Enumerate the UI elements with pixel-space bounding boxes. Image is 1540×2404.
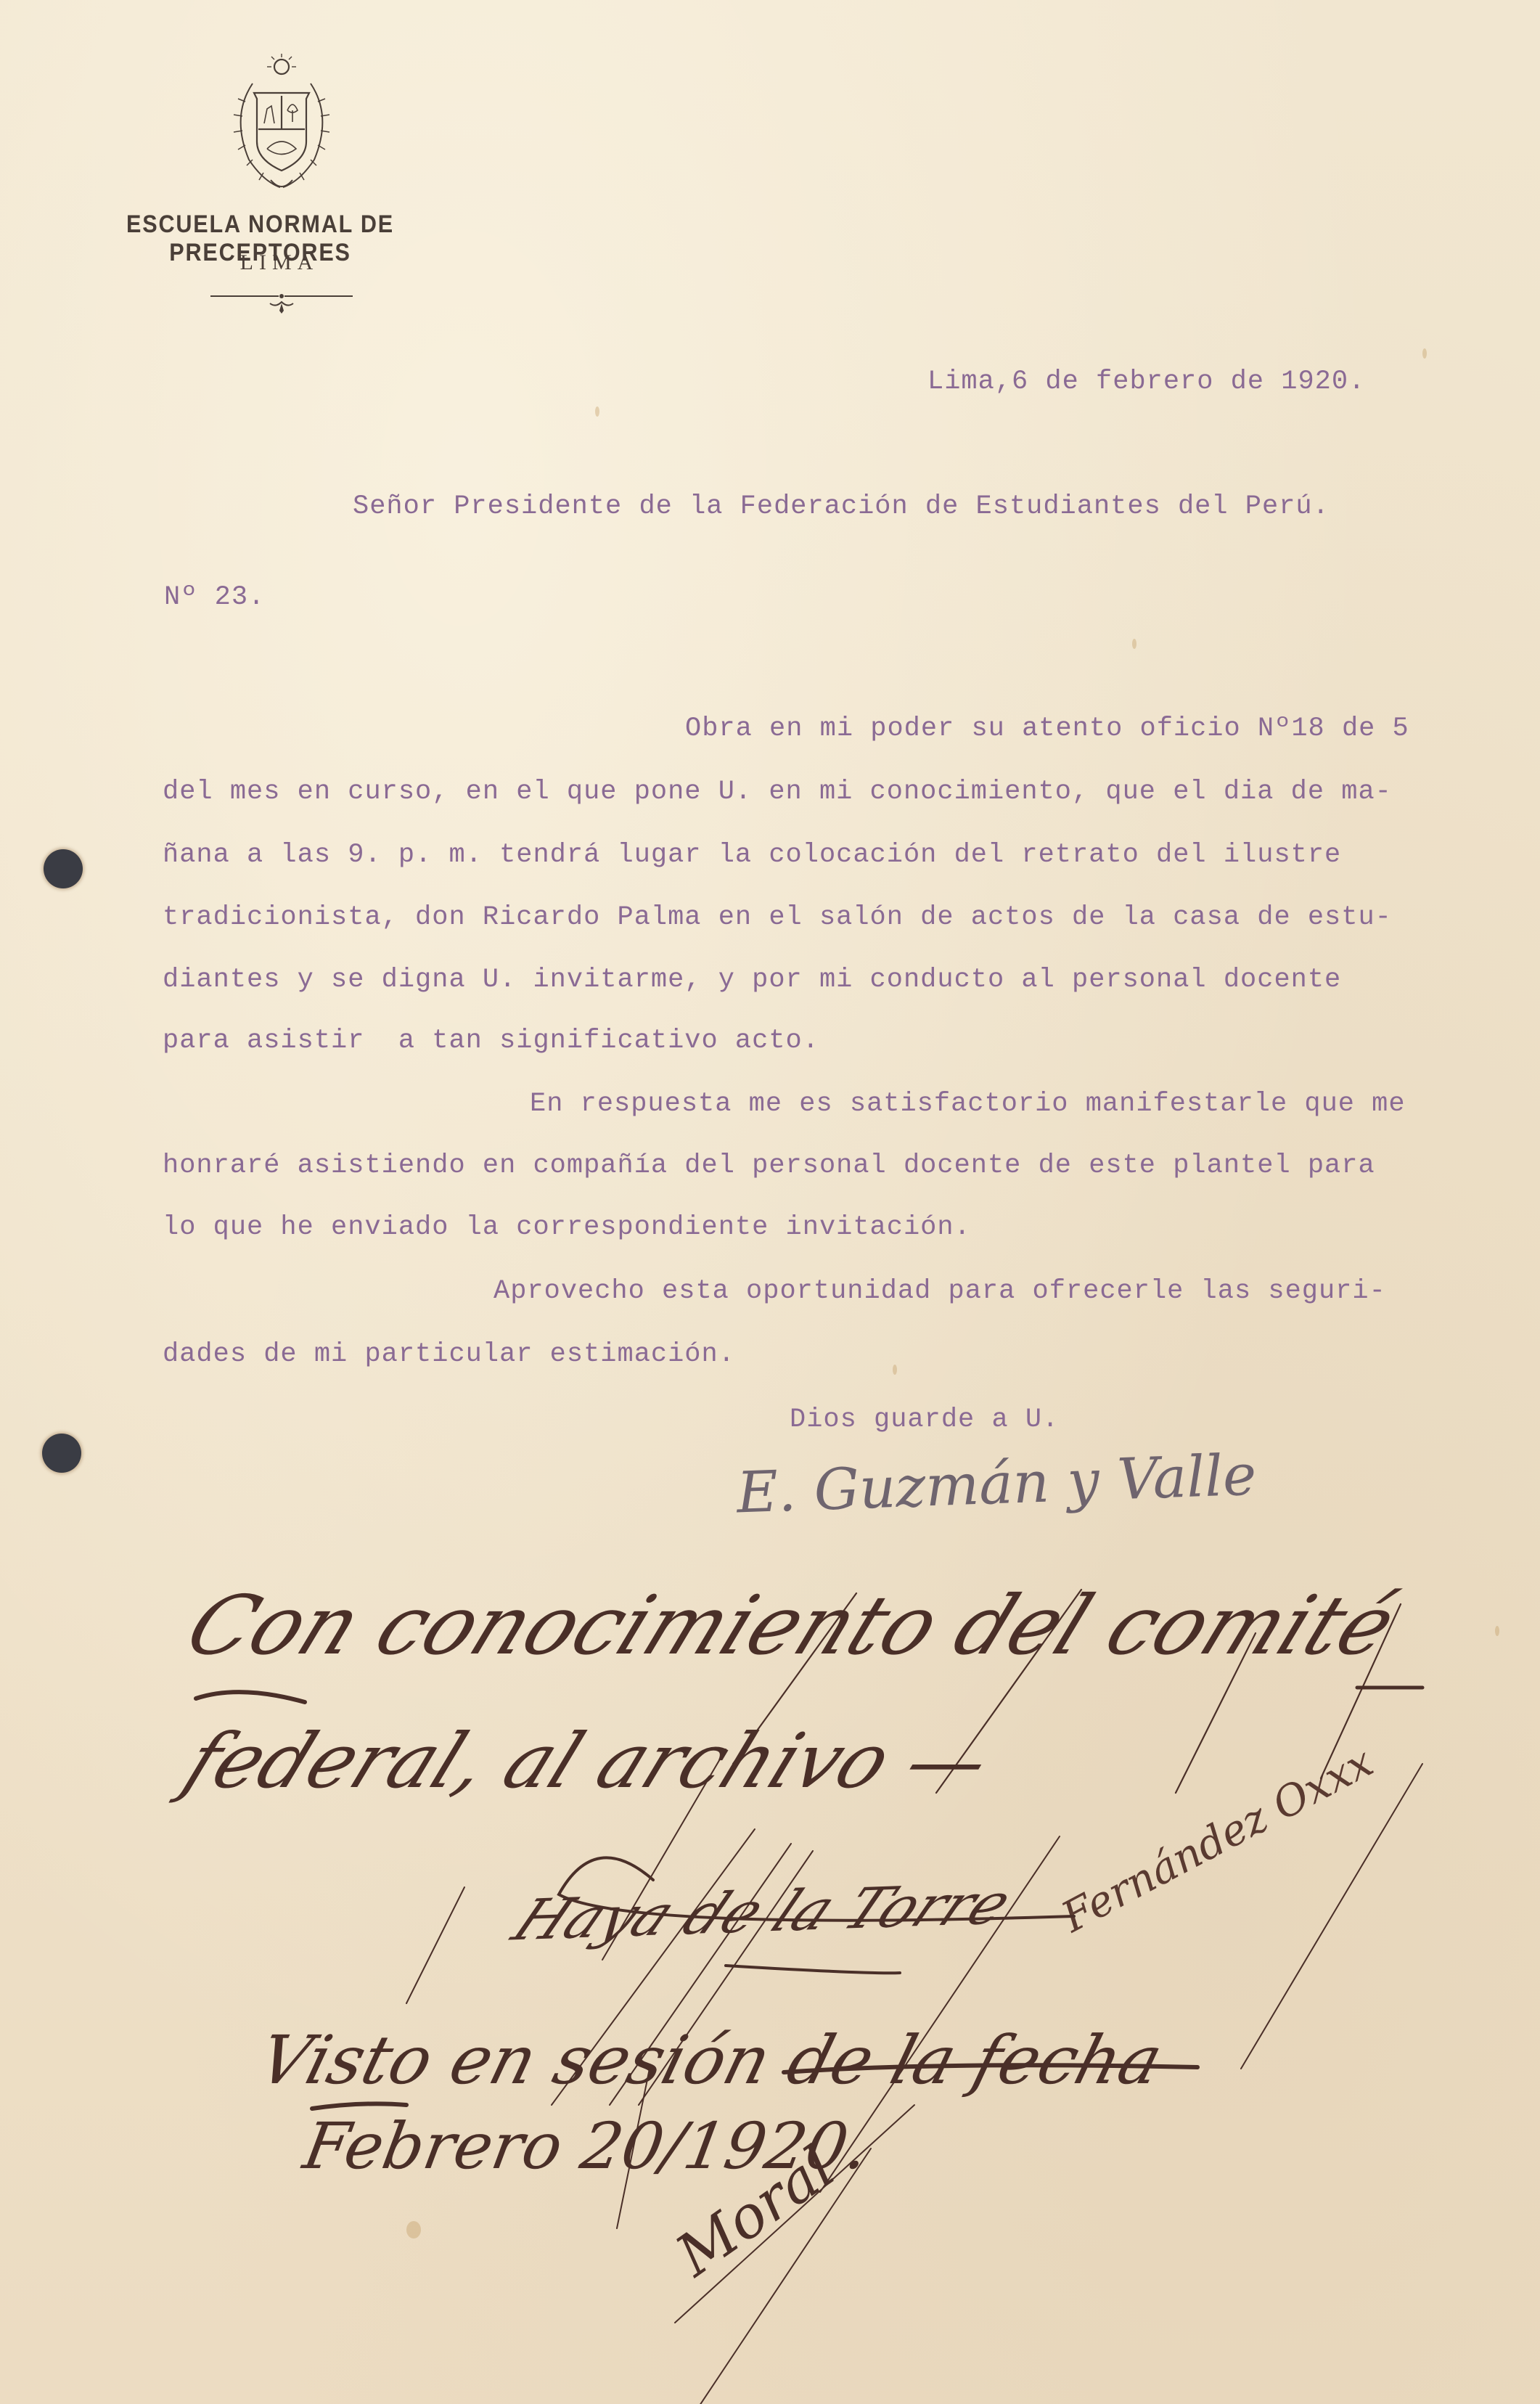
handwriting-strokes — [0, 0, 1540, 2404]
